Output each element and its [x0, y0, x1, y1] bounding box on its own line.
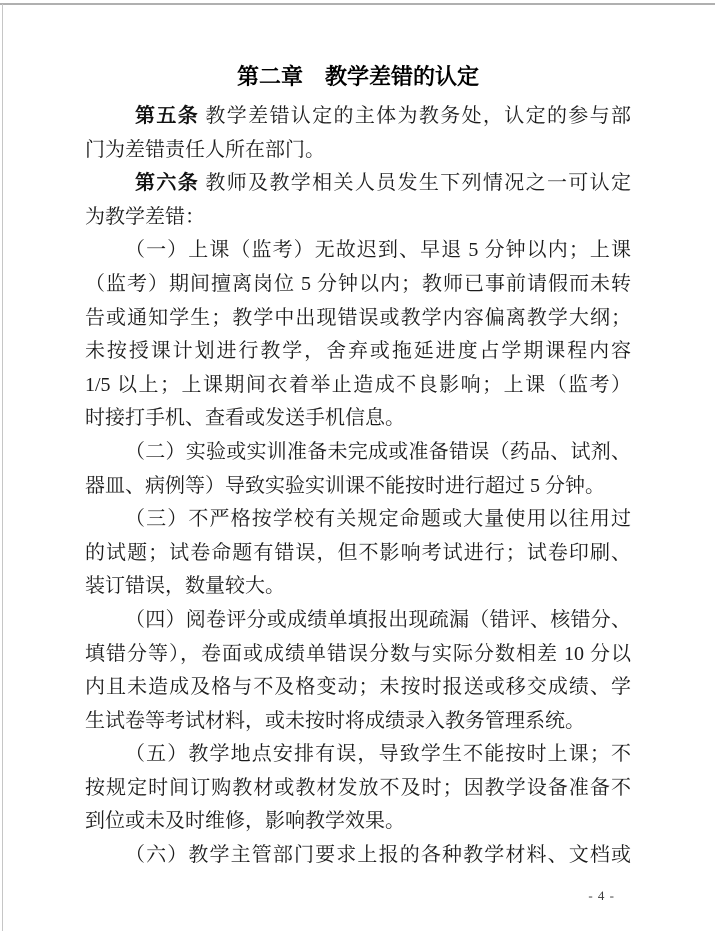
- line-text: （四）阅卷评分或成绩单填报出现疏漏（错评、核错分、: [125, 609, 631, 631]
- text-line: 第五条 教学差错认定的主体为教务处，认定的参与部: [85, 100, 631, 134]
- text-line: 告或通知学生；教学中出现错误或教学内容偏离教学大纲；: [85, 302, 631, 336]
- page-number: - 4 -: [588, 888, 615, 904]
- line-text: 按规定时间订购教材或教材发放不及时；因教学设备准备不: [85, 777, 631, 799]
- text-line: （五）教学地点安排有误，导致学生不能按时上课；不: [85, 738, 631, 772]
- text-line: 按规定时间订购教材或教材发放不及时；因教学设备准备不: [85, 772, 631, 806]
- text-line: 内且未造成及格与不及格变动；未按时报送或移交成绩、学: [85, 671, 631, 705]
- text-line: 器皿、病例等）导致实验实训课不能按时进行超过 5 分钟。: [85, 470, 631, 504]
- text-line: （六）教学主管部门要求上报的各种教学材料、文档或: [85, 839, 631, 873]
- text-line: （二）实验或实训准备未完成或准备错误（药品、试剂、: [85, 436, 631, 470]
- line-text: 填错分等），卷面或成绩单错误分数与实际分数相差 10 分以: [85, 643, 631, 665]
- line-text: 装订错误，数量较大。: [85, 575, 285, 597]
- line-text: 生试卷等考试材料，或未按时将成绩录入教务管理系统。: [85, 710, 585, 732]
- line-text: （六）教学主管部门要求上报的各种教学材料、文档或: [125, 844, 631, 866]
- line-text: 门为差错责任人所在部门。: [85, 139, 325, 161]
- text-line: （三）不严格按学校有关规定命题或大量使用以往用过: [85, 503, 631, 537]
- text-line: （一）上课（监考）无故迟到、早退 5 分钟以内；上课: [85, 234, 631, 268]
- line-text: （二）实验或实训准备未完成或准备错误（药品、试剂、: [125, 441, 631, 463]
- page-content: 第二章 教学差错的认定 第五条 教学差错认定的主体为教务处，认定的参与部门为差错…: [85, 62, 631, 873]
- line-text: （五）教学地点安排有误，导致学生不能按时上课；不: [125, 743, 631, 765]
- text-line: 1/5 以上；上课期间衣着举止造成不良影响；上课（监考）: [85, 369, 631, 403]
- line-text: 1/5 以上；上课期间衣着举止造成不良影响；上课（监考）: [85, 374, 631, 396]
- line-text: 告或通知学生；教学中出现错误或教学内容偏离教学大纲；: [85, 307, 631, 329]
- line-text: 教师及教学相关人员发生下列情况之一可认定: [199, 172, 631, 194]
- line-text: 的试题；试卷命题有错误，但不影响考试进行；试卷印刷、: [85, 542, 631, 564]
- line-text: 到位或未及时维修，影响教学效果。: [85, 810, 405, 832]
- article-number: 第六条: [135, 172, 199, 194]
- text-line: 门为差错责任人所在部门。: [85, 134, 631, 168]
- line-text: 教学差错认定的主体为教务处，认定的参与部: [199, 105, 631, 127]
- text-line: 未按授课计划进行教学，舍弃或拖延进度占学期课程内容: [85, 335, 631, 369]
- text-line: 装订错误，数量较大。: [85, 570, 631, 604]
- text-line: （监考）期间擅离岗位 5 分钟以内；教师已事前请假而未转: [85, 268, 631, 302]
- text-line: 为教学差错：: [85, 201, 631, 235]
- line-text: （三）不严格按学校有关规定命题或大量使用以往用过: [125, 508, 631, 530]
- line-text: 为教学差错：: [85, 206, 205, 228]
- page-left-edge: [2, 4, 3, 931]
- text-line: 生试卷等考试材料，或未按时将成绩录入教务管理系统。: [85, 705, 631, 739]
- line-text: 器皿、病例等）导致实验实训课不能按时进行超过 5 分钟。: [85, 475, 605, 497]
- document-body: 第五条 教学差错认定的主体为教务处，认定的参与部门为差错责任人所在部门。第六条 …: [85, 100, 631, 873]
- text-line: （四）阅卷评分或成绩单填报出现疏漏（错评、核错分、: [85, 604, 631, 638]
- text-line: 第六条 教师及教学相关人员发生下列情况之一可认定: [85, 167, 631, 201]
- line-text: 内且未造成及格与不及格变动；未按时报送或移交成绩、学: [85, 676, 631, 698]
- line-text: （监考）期间擅离岗位 5 分钟以内；教师已事前请假而未转: [85, 273, 631, 295]
- text-line: 的试题；试卷命题有错误，但不影响考试进行；试卷印刷、: [85, 537, 631, 571]
- line-text: （一）上课（监考）无故迟到、早退 5 分钟以内；上课: [125, 239, 631, 261]
- text-line: 时接打手机、查看或发送手机信息。: [85, 402, 631, 436]
- line-text: 时接打手机、查看或发送手机信息。: [85, 407, 405, 429]
- text-line: 填错分等），卷面或成绩单错误分数与实际分数相差 10 分以: [85, 638, 631, 672]
- article-number: 第五条: [135, 105, 199, 127]
- chapter-title: 第二章 教学差错的认定: [85, 62, 631, 92]
- text-line: 到位或未及时维修，影响教学效果。: [85, 805, 631, 839]
- line-text: 未按授课计划进行教学，舍弃或拖延进度占学期课程内容: [85, 340, 631, 362]
- page-top-edge: [0, 3, 715, 5]
